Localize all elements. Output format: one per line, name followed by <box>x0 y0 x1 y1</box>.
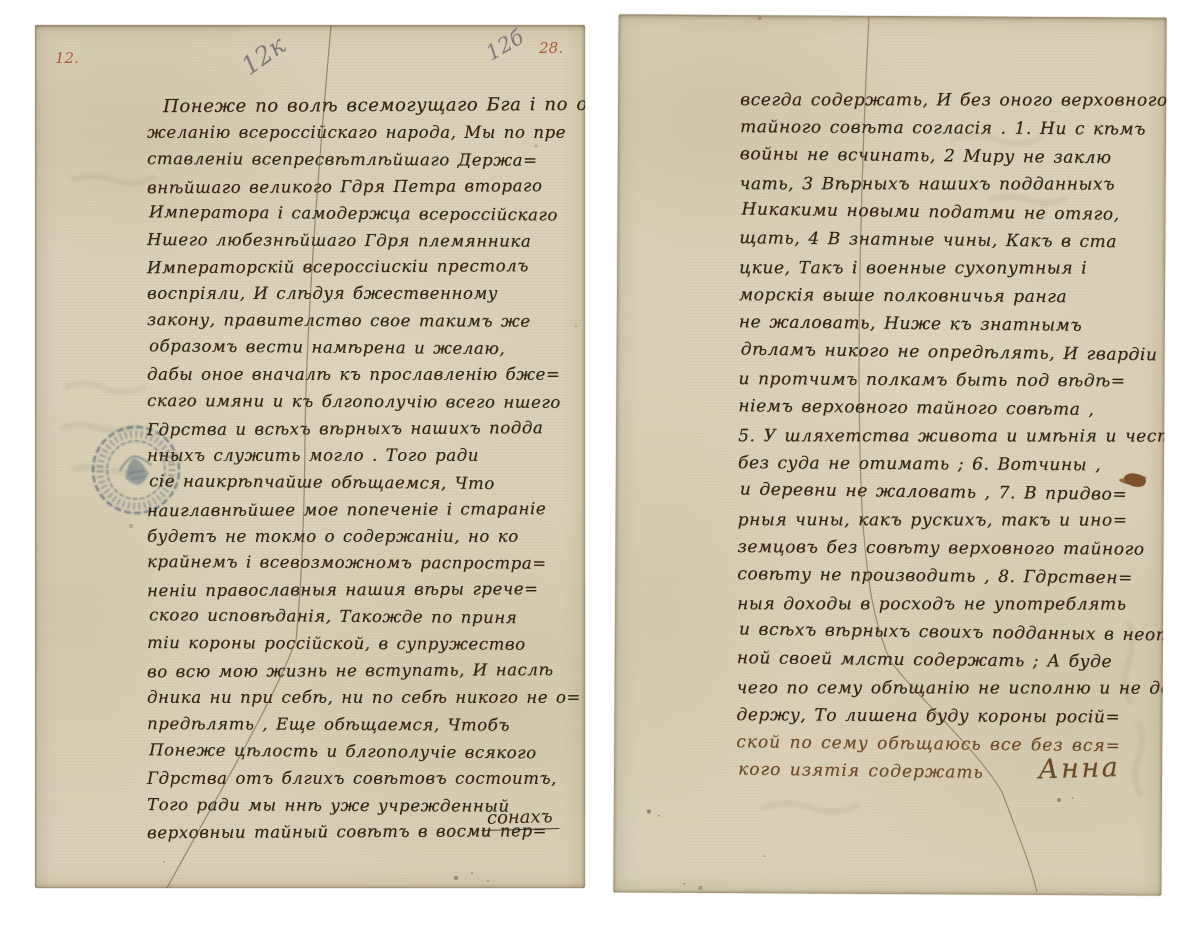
manuscript-line: чать, 3 Вѣрныхъ нашихъ подданныхъ <box>740 170 1156 198</box>
manuscript-line: Гдрства и всѣхъ вѣрныхъ нашихъ подда <box>147 415 585 444</box>
catchword: сонахъ <box>481 806 559 831</box>
manuscript-line: рныя чины, какъ рускихъ, такъ и ино= <box>738 506 1154 534</box>
manuscript-line: наиглавнѣйшее мое попеченiе i старанiе <box>147 495 585 524</box>
manuscript-line: желанiю всероссiйскаго народа, Мы по пре <box>147 120 585 147</box>
manuscript-line: предѣлять , Еще обѣщаемся, Чтобъ <box>147 711 585 740</box>
manuscript-line: совѣту не производить , 8. Гдрствен= <box>737 560 1153 592</box>
folio-number-red: 28. <box>539 39 563 57</box>
manuscript-line: сiе наикрѣпчайше обѣщаемся, Что <box>149 468 585 498</box>
manuscript-line: земцовъ без совѣту верховного тайного <box>737 533 1153 564</box>
manuscript-line: дника ни при себѣ, ни по себѣ никого не … <box>147 685 585 712</box>
manuscript-line: и деревни не жаловать , 7. В придво= <box>740 475 1156 509</box>
manuscript-line: войны не всчинать, 2 Миру не заклю <box>740 140 1156 172</box>
manuscript-line: скаго имяни и къ блгополучiю всего ншего <box>147 388 585 417</box>
manuscript-line: держу, То лишена буду короны росiй= <box>736 701 1152 732</box>
manuscript-line: ныя доходы в росходъ не употреблять <box>737 590 1153 618</box>
manuscript-line: ского исповѣданiя, Такожде по приня <box>149 602 585 632</box>
manuscript-line: всегда содержать, И без оного верховного <box>740 86 1156 114</box>
manuscript-line: без суда не отимать ; 6. Вотчины , <box>738 449 1154 480</box>
manuscript-line: тайного совѣта согласiя . 1. Ни с кѣмъ <box>740 113 1156 144</box>
manuscript-line: ненiи православныя нашия вѣры грече= <box>147 576 585 605</box>
manuscript-page-right: всегда содержать, И без оного верховного… <box>613 14 1166 895</box>
manuscript-line: нiемъ верховного тайного совѣта , <box>738 392 1154 424</box>
manuscript-line: Императорскiй всероссiискiи престолъ <box>147 253 585 282</box>
manuscript-scan: 12. 12к 12б 28. Понеже по волѣ всемогуща… <box>0 0 1200 932</box>
manuscript-line: во всю мою жизнь не вступать, И наслѣ <box>147 657 585 686</box>
manuscript-line: воспрiяли, И слѣдуя бжественному <box>147 281 585 308</box>
manuscript-line: нныхъ служить могло . Того ради <box>147 443 585 470</box>
archive-stamp-icon <box>78 412 194 528</box>
manuscript-line: образомъ вести намѣрена и желаю, <box>149 333 585 363</box>
manuscript-text-block: всегда содержать, И без оного верховного… <box>736 85 1156 788</box>
folio-number-red: 12. <box>55 49 79 67</box>
manuscript-line: морскiя выше полковничья ранга <box>739 281 1155 312</box>
paper-specks <box>619 14 621 16</box>
manuscript-line: тiи короны россiйской, в супружество <box>147 630 585 659</box>
manuscript-line: щать, 4 В знатные чины, Какъ в ста <box>739 224 1155 256</box>
manuscript-line: чего по сему обѣщанiю не исполню и не до… <box>737 674 1153 702</box>
manuscript-line: цкие, Такъ i военные сухопутныя i <box>739 254 1155 282</box>
manuscript-line: ставленiи всепресвѣтлѣйшаго Держа= <box>147 146 585 175</box>
pencil-annotation: 12б <box>482 25 528 65</box>
manuscript-line: Понеже по волѣ всемогущаго Бга i по обще <box>147 92 585 121</box>
anna-signature: Анна <box>1038 752 1121 785</box>
manuscript-line: Императора i самодержца всероссiйскаго <box>149 199 585 229</box>
manuscript-line: и протчимъ полкамъ быть под вѣдѣ= <box>738 365 1154 396</box>
paper-specks <box>35 25 37 27</box>
manuscript-text-block: Понеже по волѣ всемогущаго Бга i по обще… <box>147 93 585 846</box>
manuscript-line: будетъ не токмо о содержанiи, но ко <box>147 524 585 551</box>
manuscript-line: дабы оное вначалѣ къ прославленiю бже= <box>147 362 585 389</box>
manuscript-page-left: 12. 12к 12б 28. Понеже по волѣ всемогуща… <box>35 25 585 888</box>
manuscript-line: Ншего любезнѣйшаго Гдря племянника <box>147 227 585 256</box>
manuscript-line: внѣйшаго великого Гдря Петра втораго <box>147 173 585 202</box>
manuscript-line: Гдрства отъ блгихъ совѣтовъ состоитъ, <box>147 766 585 793</box>
manuscript-line: дѣламъ никого не опредѣлять, И гвардiи <box>740 335 1156 369</box>
manuscript-line: ной своей млсти содержать ; А буде <box>737 644 1153 676</box>
manuscript-line: 5. У шляхетства живота и имѣнiя и чести <box>738 422 1154 450</box>
pencil-annotation: 12к <box>236 30 291 81</box>
manuscript-line: Понеже цѣлость и блгополучiе всякого <box>149 737 585 767</box>
manuscript-line: крайнемъ i всевозможномъ распростра= <box>147 549 585 578</box>
manuscript-line: закону, правителство свое такимъ же <box>147 307 585 336</box>
